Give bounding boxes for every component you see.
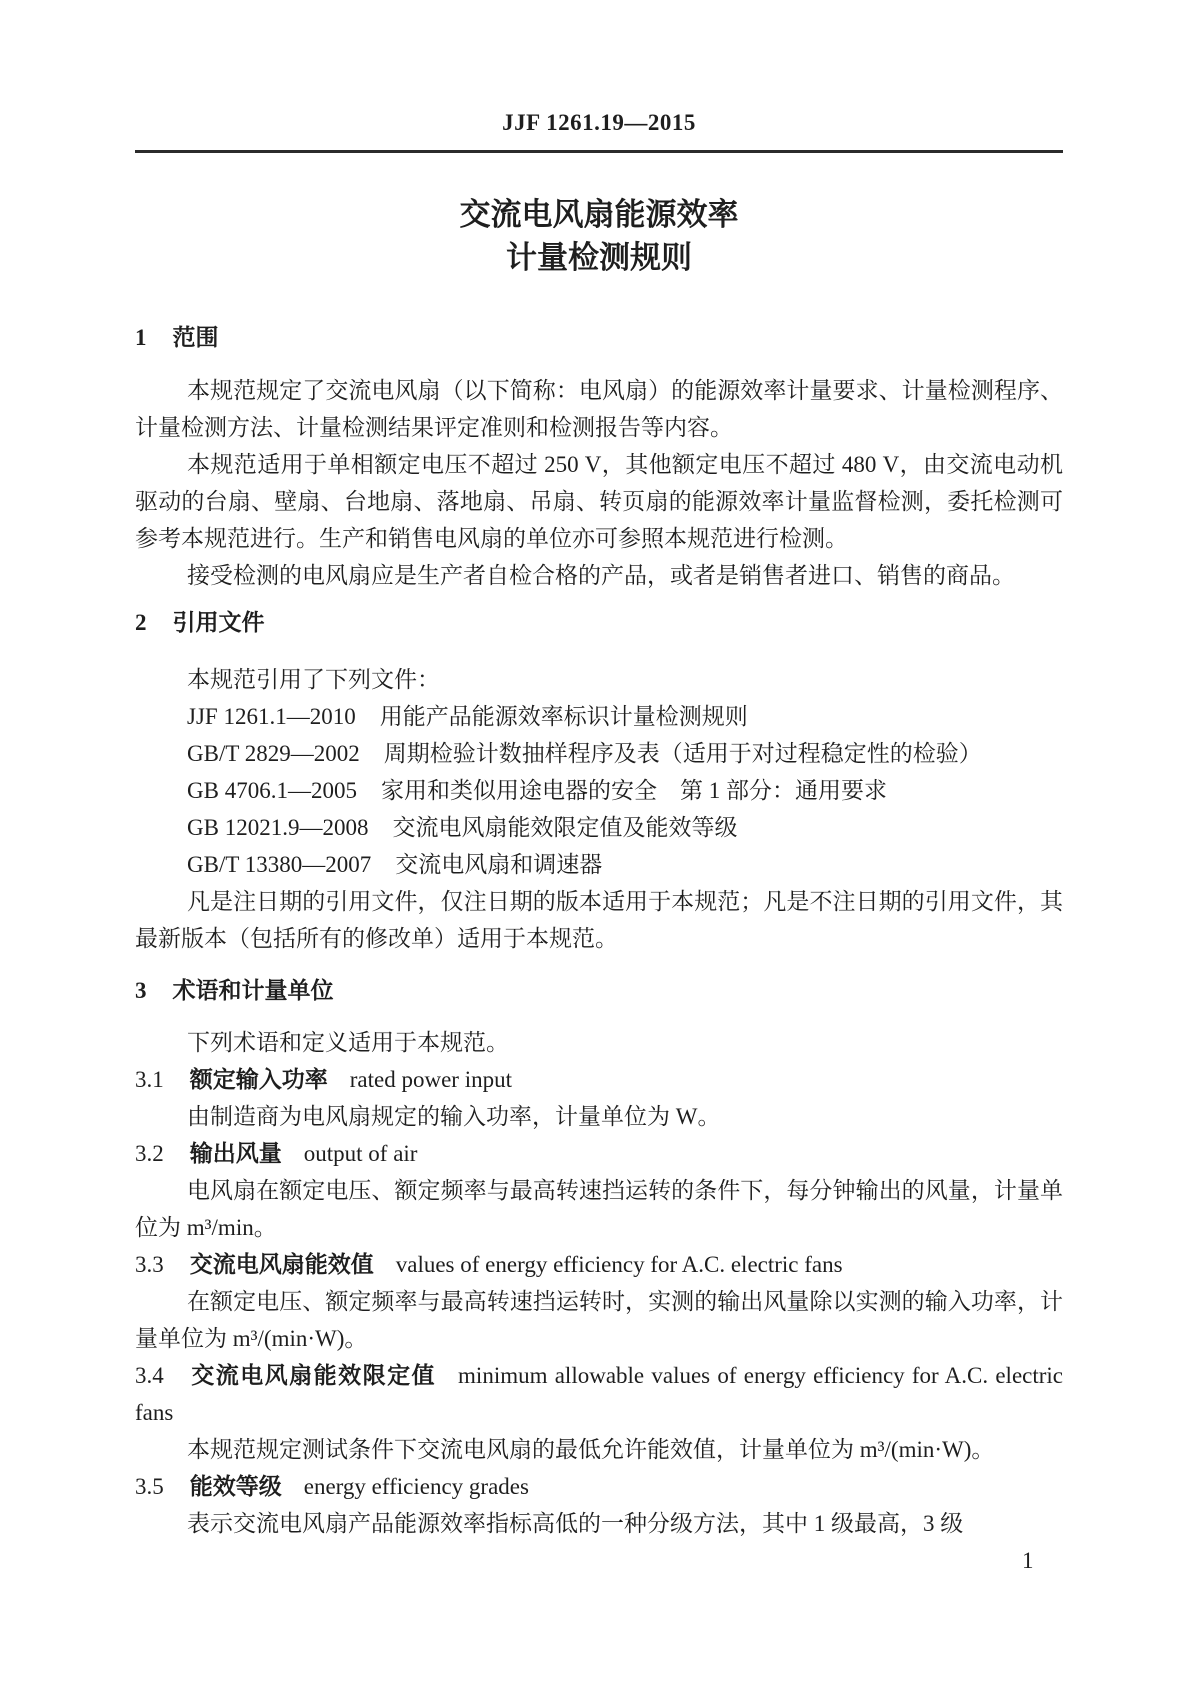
reference-code: GB/T 2829—2002 — [187, 741, 360, 766]
reference-code: GB 12021.9—2008 — [187, 815, 368, 840]
section-1-label: 范围 — [173, 324, 219, 350]
term-number: 3.4 — [135, 1357, 164, 1394]
term-definition-3-2: 电风扇在额定电压、额定频率与最高转速挡运转的条件下，每分钟输出的风量，计量单位为… — [135, 1172, 1063, 1246]
term-definition-3-5: 表示交流电风扇产品能源效率指标高低的一种分级方法，其中 1 级最高，3 级 — [135, 1505, 1063, 1542]
term-number: 3.2 — [135, 1135, 164, 1172]
doc-code: JJF 1261.19—2015 — [135, 108, 1063, 138]
section-3-label: 术语和计量单位 — [173, 977, 334, 1003]
section-1-paragraph-2: 本规范适用于单相额定电压不超过 250 V，其他额定电压不超过 480 V，由交… — [135, 446, 1063, 557]
term-en-label: values of energy efficiency for A.C. ele… — [396, 1252, 843, 1277]
section-2-label: 引用文件 — [173, 609, 265, 635]
reference-title: 用能产品能源效率标识计量检测规则 — [380, 704, 748, 729]
term-en-label: rated power input — [350, 1067, 512, 1092]
section-2-heading: 2引用文件 — [135, 604, 1063, 641]
reference-title: 家用和类似用途电器的安全 第 1 部分：通用要求 — [381, 778, 887, 803]
reference-title: 周期检验计数抽样程序及表（适用于对过程稳定性的检验） — [384, 741, 982, 766]
section-2-intro: 本规范引用了下列文件： — [135, 661, 1063, 698]
section-1-heading: 1范围 — [135, 319, 1063, 356]
term-zh-label: 输出风量 — [190, 1140, 282, 1166]
section-1-paragraph-1: 本规范规定了交流电风扇（以下简称：电风扇）的能源效率计量要求、计量检测程序、计量… — [135, 372, 1063, 446]
document-page: JJF 1261.19—2015 交流电风扇能源效率 计量检测规则 1范围 本规… — [0, 0, 1191, 1684]
reference-item: GB/T 2829—2002周期检验计数抽样程序及表（适用于对过程稳定性的检验） — [135, 735, 1063, 772]
page-number: 1 — [1022, 1542, 1034, 1579]
section-3-intro: 下列术语和定义适用于本规范。 — [135, 1024, 1063, 1061]
term-zh-label: 能效等级 — [190, 1473, 282, 1499]
reference-item: GB 12021.9—2008交流电风扇能效限定值及能效等级 — [135, 809, 1063, 846]
term-definition-3-3: 在额定电压、额定频率与最高转速挡运转时，实测的输出风量除以实测的输入功率，计量单… — [135, 1283, 1063, 1357]
reference-item: GB 4706.1—2005家用和类似用途电器的安全 第 1 部分：通用要求 — [135, 772, 1063, 809]
header-rule — [135, 150, 1063, 153]
term-number: 3.5 — [135, 1468, 164, 1505]
reference-code: JJF 1261.1—2010 — [187, 704, 356, 729]
term-heading-3-3: 3.3交流电风扇能效值values of energy efficiency f… — [135, 1246, 1063, 1283]
term-zh-label: 交流电风扇能效值 — [190, 1251, 374, 1277]
reference-code: GB 4706.1—2005 — [187, 778, 357, 803]
term-definition-3-4: 本规范规定测试条件下交流电风扇的最低允许能效值，计量单位为 m³/(min·W)… — [135, 1431, 1063, 1468]
term-heading-3-4: 3.4交流电风扇能效限定值minimum allowable values of… — [135, 1357, 1063, 1431]
term-en-label: energy efficiency grades — [304, 1474, 529, 1499]
section-2-note: 凡是注日期的引用文件，仅注日期的版本适用于本规范；凡是不注日期的引用文件，其最新… — [135, 883, 1063, 957]
section-2-number: 2 — [135, 604, 147, 641]
term-heading-3-1: 3.1额定输入功率rated power input — [135, 1061, 1063, 1098]
term-number: 3.3 — [135, 1246, 164, 1283]
section-3-heading: 3术语和计量单位 — [135, 972, 1063, 1009]
reference-item: JJF 1261.1—2010用能产品能源效率标识计量检测规则 — [135, 698, 1063, 735]
doc-title-line2: 计量检测规则 — [135, 236, 1063, 279]
term-zh-label: 交流电风扇能效限定值 — [190, 1362, 436, 1388]
reference-title: 交流电风扇和调速器 — [395, 852, 602, 877]
term-heading-3-2: 3.2输出风量output of air — [135, 1135, 1063, 1172]
reference-title: 交流电风扇能效限定值及能效等级 — [392, 815, 737, 840]
term-number: 3.1 — [135, 1061, 164, 1098]
section-3-number: 3 — [135, 972, 147, 1009]
section-1-paragraph-3: 接受检测的电风扇应是生产者自检合格的产品，或者是销售者进口、销售的商品。 — [135, 557, 1063, 594]
term-en-label: output of air — [304, 1141, 418, 1166]
term-zh-label: 额定输入功率 — [190, 1066, 328, 1092]
doc-title-line1: 交流电风扇能源效率 — [135, 193, 1063, 236]
term-heading-3-5: 3.5能效等级energy efficiency grades — [135, 1468, 1063, 1505]
doc-title: 交流电风扇能源效率 计量检测规则 — [135, 193, 1063, 279]
term-definition-3-1: 由制造商为电风扇规定的输入功率，计量单位为 W。 — [135, 1098, 1063, 1135]
reference-item: GB/T 13380—2007交流电风扇和调速器 — [135, 846, 1063, 883]
section-1-number: 1 — [135, 319, 147, 356]
reference-code: GB/T 13380—2007 — [187, 852, 371, 877]
